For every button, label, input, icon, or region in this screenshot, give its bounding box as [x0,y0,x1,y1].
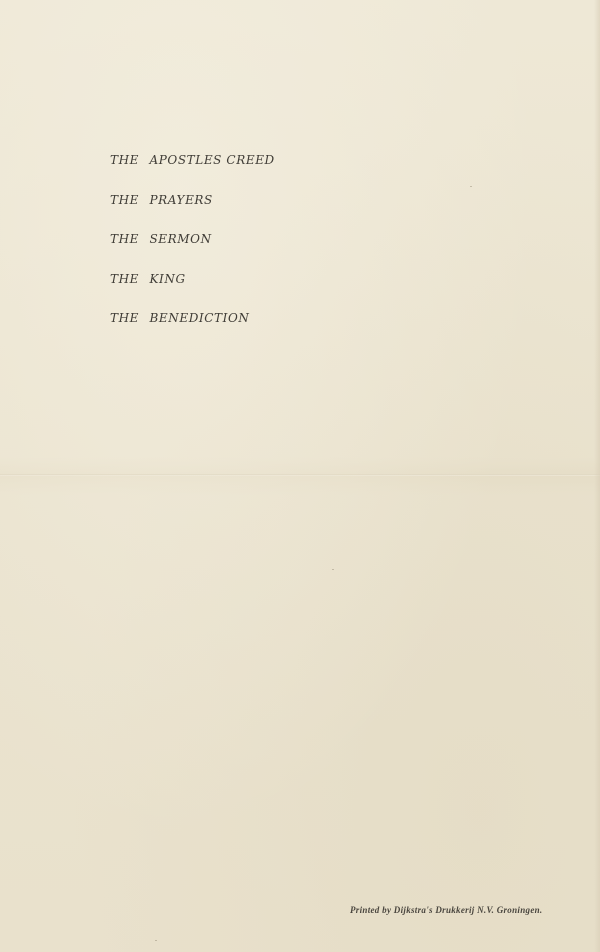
paper-speck [332,569,334,570]
order-item-prefix: THE [110,153,139,167]
document-page: THE APOSTLES CREED THE PRAYERS THE SERMO… [0,0,600,952]
paper-speck [470,186,472,187]
order-item-prayers: THE PRAYERS [110,192,275,232]
paper-edge-shadow [594,0,600,952]
order-item-benediction: THE BENEDICTION [110,310,275,350]
order-item-label: KING [149,272,185,286]
printer-imprint: Printed by Dijkstra's Drukkerij N.V. Gro… [350,905,542,915]
order-item-label: BENEDICTION [149,311,249,325]
order-item-prefix: THE [110,272,139,286]
order-item-king: THE KING [110,271,275,311]
order-of-service-list: THE APOSTLES CREED THE PRAYERS THE SERMO… [110,152,275,350]
paper-speck [155,940,157,941]
order-item-prefix: THE [110,193,139,207]
order-item-apostles-creed: THE APOSTLES CREED [110,152,275,192]
order-item-label: APOSTLES CREED [149,153,274,167]
paper-fold-line [0,474,600,476]
order-item-label: SERMON [149,232,211,246]
order-item-label: PRAYERS [149,193,212,207]
order-item-sermon: THE SERMON [110,231,275,271]
order-item-prefix: THE [110,311,139,325]
order-item-prefix: THE [110,232,139,246]
